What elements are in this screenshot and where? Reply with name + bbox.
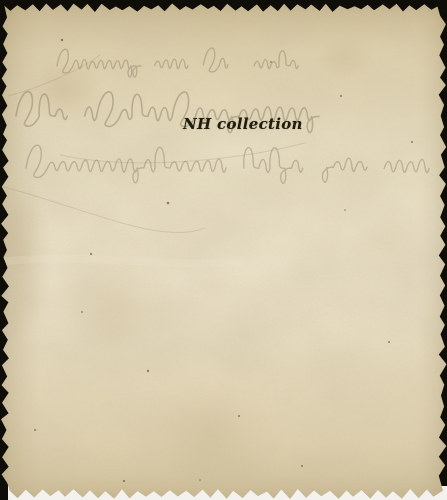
watermark-text: NH collection [183,115,303,133]
crease-line [0,186,205,232]
handwriting-line-1 [57,48,298,77]
handwriting-pencil-script [0,0,447,500]
photo-back-scan: NH collection [0,0,447,500]
paper-sheen-streak [0,259,240,264]
handwriting-line-3 [26,145,429,183]
photo-paper: NH collection [0,0,447,500]
